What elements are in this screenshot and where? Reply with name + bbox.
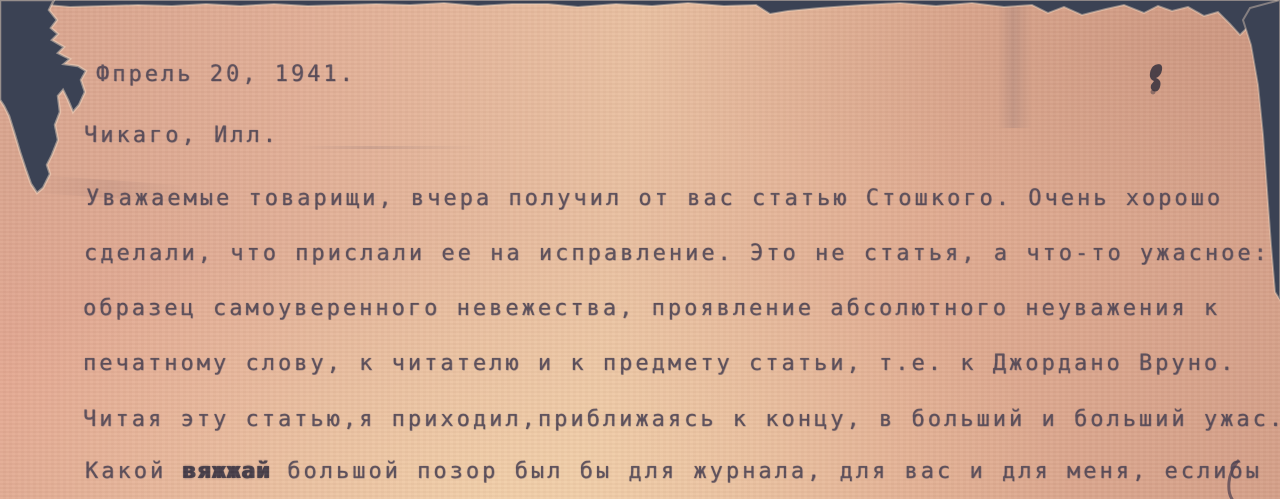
- body-line-5: Читая эту статью,я приходил,приближаясь …: [83, 407, 1280, 432]
- body-line-6-prefix: Какой: [85, 459, 182, 484]
- body-line-6: Какой вяжжай большой позор был бы для жу…: [85, 459, 1262, 484]
- body-line-4: печатному слову, к читателю и к предмету…: [83, 351, 1236, 376]
- body-line-6-suffix: большой позор был бы для журнала, для ва…: [271, 459, 1262, 484]
- date-line: Фпрель 20, 1941.: [96, 62, 356, 87]
- city-line: Чикаго, Илл.: [84, 123, 279, 148]
- body-line-1: Уважаемые товарищи, вчера получил от вас…: [86, 186, 1223, 211]
- overstruck-word: вяжжай: [182, 459, 270, 484]
- body-line-2: сделали, что прислали ее на исправление.…: [84, 241, 1270, 266]
- scanned-letter-page: Фпрель 20, 1941. Чикаго, Илл. Уважаемые …: [0, 0, 1280, 499]
- body-line-3: образец самоуверенного невежества, прояв…: [83, 296, 1220, 321]
